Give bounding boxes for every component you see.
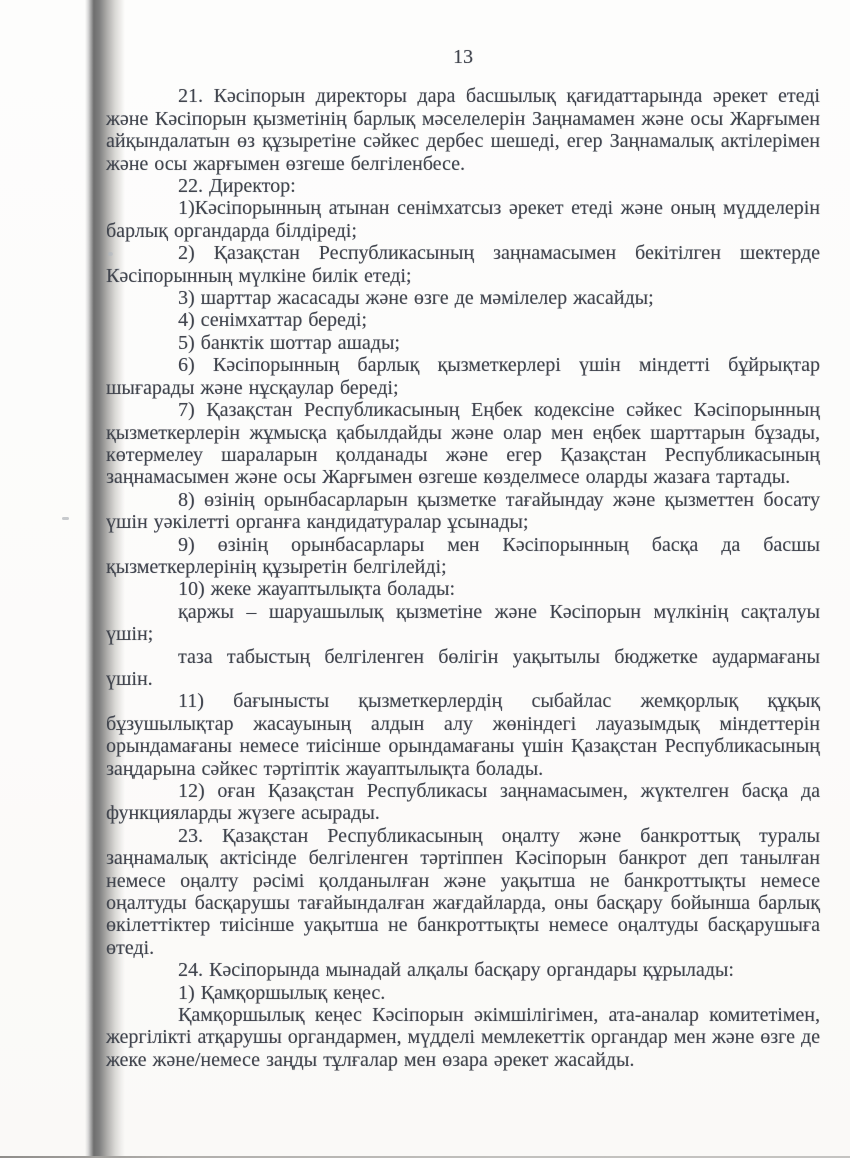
paragraph: 1)Кәсіпорынның атынан сенімхатсыз әрекет… <box>106 197 820 242</box>
paragraph: 11) бағынысты қызметкерлердің сыбайлас ж… <box>106 690 820 780</box>
paragraph: 24. Кәсіпорында мынадай алқалы басқару о… <box>106 959 820 981</box>
paragraph: 10) жеке жауаптылықта болады: <box>106 578 820 600</box>
page-bottom-edge <box>0 1156 850 1158</box>
paragraph: қаржы – шаруашылық қызметіне және Кәсіпо… <box>106 601 820 646</box>
paragraph: 23. Қазақстан Республикасының оңалту жән… <box>106 825 820 959</box>
paragraph: 5) банктік шоттар ашады; <box>106 332 820 354</box>
paragraph: таза табыстың белгіленген бөлігін уақыты… <box>106 646 820 691</box>
paragraph: 12) оған Қазақстан Республикасы заңнамас… <box>106 780 820 825</box>
paragraph: 21. Кәсіпорын директоры дара басшылық қа… <box>106 85 820 175</box>
paragraph: 3) шарттар жасасады және өзге де мәмілел… <box>106 287 820 309</box>
paragraph: 22. Директор: <box>106 175 820 197</box>
paragraph: 7) Қазақстан Республикасының Еңбек кодек… <box>106 399 820 489</box>
paragraph: Қамқоршылық кеңес Кәсіпорын әкімшілігіме… <box>106 1004 820 1071</box>
paragraph-list: 21. Кәсіпорын директоры дара басшылық қа… <box>106 85 820 1071</box>
scan-artifact <box>62 517 69 520</box>
scanned-document-page: 13 21. Кәсіпорын директоры дара басшылық… <box>0 0 850 1158</box>
paragraph: 4) сенімхаттар береді; <box>106 309 820 331</box>
page-number: 13 <box>106 46 820 68</box>
paragraph: 1) Қамқоршылық кеңес. <box>106 982 820 1004</box>
paragraph: 2) Қазақстан Республикасының заңнамасыме… <box>106 242 820 287</box>
paragraph: 6) Кәсіпорынның барлық қызметкерлері үші… <box>106 354 820 399</box>
page-content: 13 21. Кәсіпорын директоры дара басшылық… <box>106 46 820 1071</box>
paragraph: 9) өзінің орынбасарлары мен Кәсіпорынның… <box>106 534 820 579</box>
paragraph: 8) өзінің орынбасарларын қызметке тағайы… <box>106 489 820 534</box>
